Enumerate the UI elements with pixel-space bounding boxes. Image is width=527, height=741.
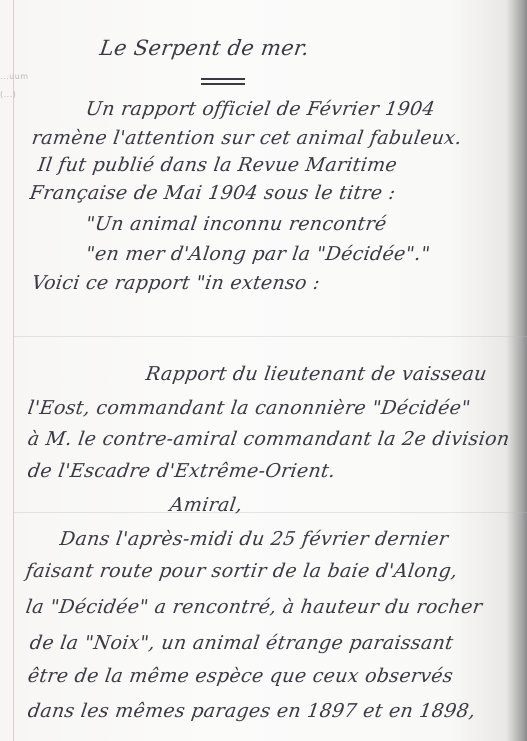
text-line: de la "Noix", un animal étrange paraissa…: [28, 632, 454, 654]
manuscript-page: ...uum (...) Le Serpent de mer. Un rappo…: [0, 0, 527, 741]
text-line: l'Eost, commandant la canonnière "Décidé…: [26, 397, 471, 419]
document-title: Le Serpent de mer.: [98, 36, 310, 60]
text-line: dans les mêmes parages en 1897 et en 189…: [26, 700, 476, 722]
text-line: la "Décidée" a rencontré, à hauteur du r…: [24, 596, 483, 618]
margin-line: [13, 0, 14, 741]
text-line: "Un animal inconnu rencontré: [84, 213, 388, 235]
title-double-underline: [201, 78, 245, 85]
text-line: Française de Mai 1904 sous le titre :: [28, 182, 397, 204]
text-line: Voici ce rapport "in extenso :: [30, 272, 321, 294]
ruled-line: [14, 512, 527, 513]
text-line: "en mer d'Along par la "Décidée".": [84, 243, 431, 265]
text-line: faisant route pour sortir de la baie d'A…: [24, 560, 459, 582]
text-line: être de la même espèce que ceux observés: [26, 665, 454, 687]
margin-note: (...): [0, 90, 16, 99]
text-line: Rapport du lieutenant de vaisseau: [144, 363, 488, 385]
ruled-line: [14, 336, 527, 337]
text-line: ramène l'attention sur cet animal fabule…: [30, 127, 463, 149]
salutation: Amiral,: [168, 494, 244, 516]
margin-note: ...uum: [0, 72, 29, 81]
text-line: à M. le contre-amiral commandant la 2e d…: [26, 428, 511, 450]
text-line: Dans l'après-midi du 25 février dernier: [58, 528, 449, 550]
text-line: Il fut publié dans la Revue Maritime: [36, 154, 398, 176]
text-line: de l'Escadre d'Extrême-Orient.: [26, 460, 336, 482]
text-line: Un rapport officiel de Février 1904: [84, 98, 436, 120]
